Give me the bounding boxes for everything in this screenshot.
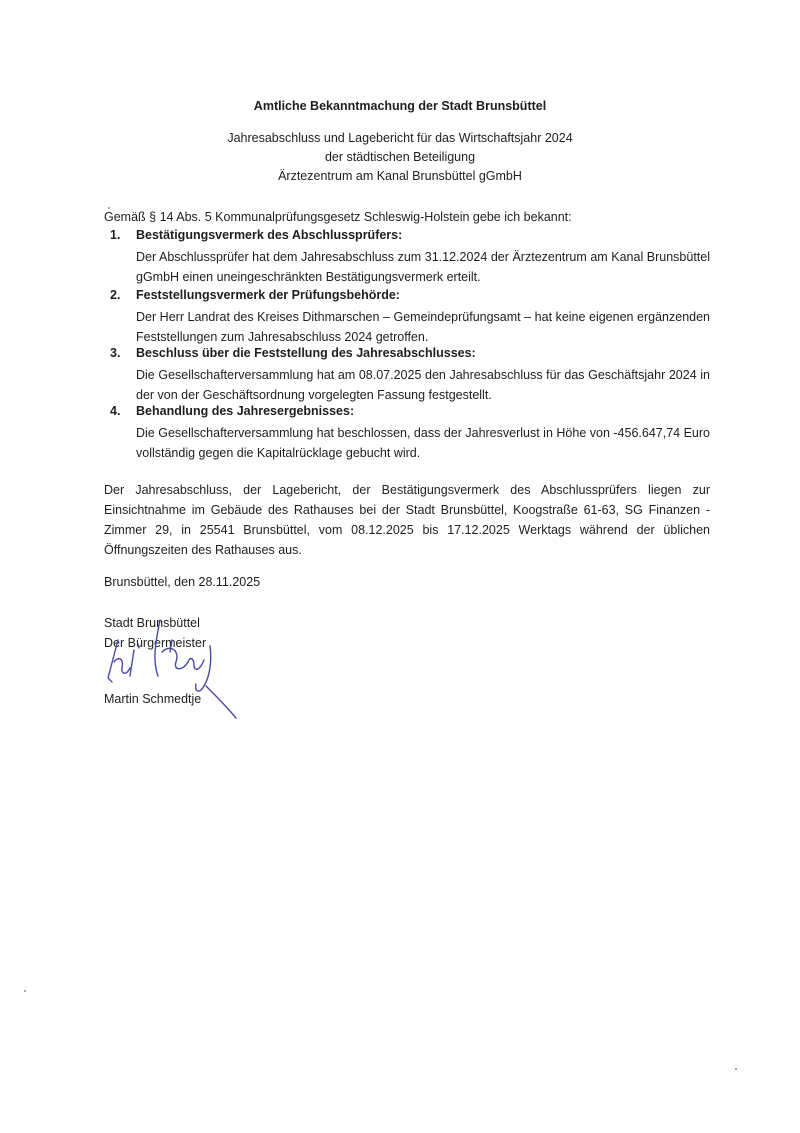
- item-text: Die Gesellschafterversammlung hat am 08.…: [136, 365, 710, 405]
- item-heading: Bestätigungsvermerk des Abschlussprüfers…: [136, 228, 402, 242]
- scan-speck: [735, 1068, 737, 1070]
- place-date: Brunsbüttel, den 28.11.2025: [104, 575, 260, 589]
- item-number: 2.: [110, 288, 120, 302]
- scan-speck: [24, 990, 26, 992]
- item-text: Der Abschlussprüfer hat dem Jahresabschl…: [136, 247, 710, 287]
- item-heading: Behandlung des Jahresergebnisses:: [136, 404, 354, 418]
- document-title: Amtliche Bekanntmachung der Stadt Brunsb…: [0, 99, 800, 113]
- inspection-paragraph: Der Jahresabschluss, der Lagebericht, de…: [104, 480, 710, 560]
- intro-text: Gemäß § 14 Abs. 5 Kommunalprüfungsgesetz…: [104, 210, 572, 224]
- item-text: Die Gesellschafterversammlung hat beschl…: [136, 423, 710, 463]
- item-number: 1.: [110, 228, 120, 242]
- subtitle-line-1: Jahresabschluss und Lagebericht für das …: [0, 131, 800, 145]
- item-number: 3.: [110, 346, 120, 360]
- item-text: Der Herr Landrat des Kreises Dithmarsche…: [136, 307, 710, 347]
- subtitle-line-3: Ärztezentrum am Kanal Brunsbüttel gGmbH: [0, 169, 800, 183]
- subtitle-line-2: der städtischen Beteiligung: [0, 150, 800, 164]
- item-heading: Beschluss über die Feststellung des Jahr…: [136, 346, 476, 360]
- item-heading: Feststellungsvermerk der Prüfungsbehörde…: [136, 288, 400, 302]
- scan-speck: [108, 207, 110, 209]
- handwritten-signature-icon: [100, 610, 250, 725]
- item-number: 4.: [110, 404, 120, 418]
